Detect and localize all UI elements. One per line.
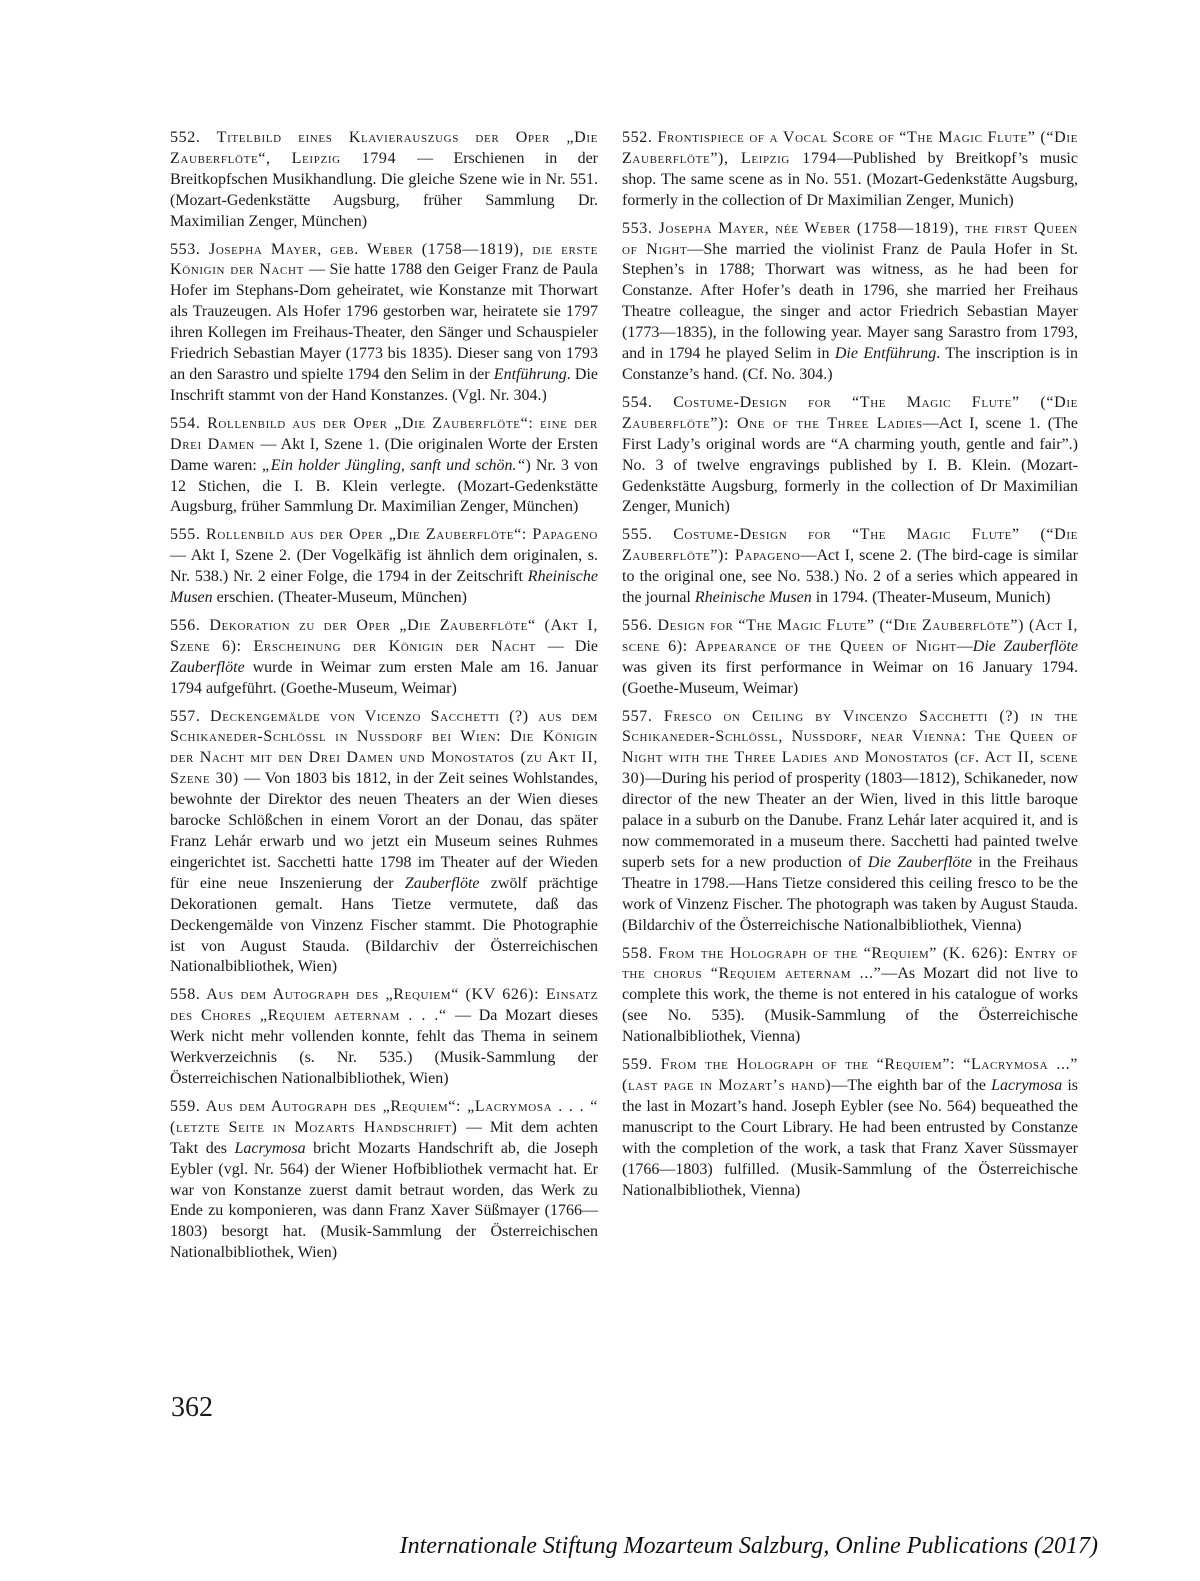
segment-italic: Zauberflöte xyxy=(405,875,480,892)
segment-italic: Zauberflöte xyxy=(170,659,245,676)
entry-555-german: 555. Rollenbild aus der Oper „Die Zauber… xyxy=(170,525,598,609)
entry-553-german: 553. Josepha Mayer, geb. Weber (1758—181… xyxy=(170,240,598,407)
entry-558-german: 558. Aus dem Autograph des „Requiem“ (KV… xyxy=(170,985,598,1090)
segment-normal: — Sie hatte 1788 den Geiger Franz de Pau… xyxy=(170,261,598,383)
segment-normal: —The eighth bar of the xyxy=(831,1077,991,1094)
segment-normal: — xyxy=(957,638,973,655)
entry-557-german: 557. Deckengemälde von Vicenzo Sacchetti… xyxy=(170,707,598,979)
footer-publication-note: Internationale Stiftung Mozarteum Salzbu… xyxy=(400,1533,1098,1560)
segment-italic: Rheinische Musen xyxy=(695,589,812,606)
entry-552-english: 552. Frontispiece of a Vocal Score of “T… xyxy=(622,128,1078,212)
entry-556-german: 556. Dekoration zu der Oper „Die Zauberf… xyxy=(170,616,598,700)
entry-553-english: 553. Josepha Mayer, née Weber (1758—1819… xyxy=(622,219,1078,386)
column-english: 552. Frontispiece of a Vocal Score of “T… xyxy=(622,128,1078,1264)
segment-italic: Die Entführung xyxy=(835,345,936,362)
segment-smallcaps: 555. Rollenbild aus der Oper „Die Zauber… xyxy=(170,526,598,543)
entry-554-english: 554. Costume-Design for “The Magic Flute… xyxy=(622,393,1078,518)
segment-normal: — Die xyxy=(548,638,598,655)
page-number: 362 xyxy=(171,1392,213,1424)
entry-558-english: 558. From the Holograph of the “Requiem”… xyxy=(622,944,1078,1049)
entry-557-english: 557. Fresco on Ceiling by Vincenzo Sacch… xyxy=(622,707,1078,937)
entry-559-english: 559. From the Holograph of the “Requiem”… xyxy=(622,1055,1078,1201)
segment-smallcaps: 556. Dekoration zu der Oper „Die Zauberf… xyxy=(170,617,598,655)
segment-normal: erschien. (Theater-Museum, München) xyxy=(213,589,467,606)
entry-556-english: 556. Design for “The Magic Flute” (“Die … xyxy=(622,616,1078,700)
segment-italic: Die Zauberflöte xyxy=(868,854,972,871)
two-column-text-block: 552. Titelbild eines Klavierauszugs der … xyxy=(170,128,1078,1264)
entry-554-german: 554. Rollenbild aus der Oper „Die Zauber… xyxy=(170,414,598,519)
segment-normal: in 1794. (Theater-Museum, Munich) xyxy=(812,589,1051,606)
segment-italic: Lacrymosa xyxy=(991,1077,1062,1094)
segment-italic: Die Zauberflöte xyxy=(973,638,1078,655)
column-german: 552. Titelbild eines Klavierauszugs der … xyxy=(170,128,598,1264)
segment-normal: — Von 1803 bis 1812, in der Zeit seines … xyxy=(170,770,598,892)
entry-555-english: 555. Costume-Design for “The Magic Flute… xyxy=(622,525,1078,609)
entry-559-german: 559. Aus dem Autograph des „Requiem“: „L… xyxy=(170,1097,598,1264)
entry-552-german: 552. Titelbild eines Klavierauszugs der … xyxy=(170,128,598,233)
segment-normal: —She married the violinist Franz de Paul… xyxy=(622,241,1078,363)
segment-italic: Entführung xyxy=(494,366,567,383)
segment-normal: bricht Mozarts Handschrift ab, die Josep… xyxy=(170,1140,598,1262)
segment-italic: Lacrymosa xyxy=(235,1140,306,1157)
book-page: 552. Titelbild eines Klavierauszugs der … xyxy=(0,0,1200,1581)
segment-normal: was given its first performance in Weima… xyxy=(622,659,1078,697)
segment-normal: is the last in Mozart’s hand. Joseph Eyb… xyxy=(622,1077,1078,1199)
segment-italic: „Ein holder Jüngling, sanft und schön.“ xyxy=(262,457,526,474)
